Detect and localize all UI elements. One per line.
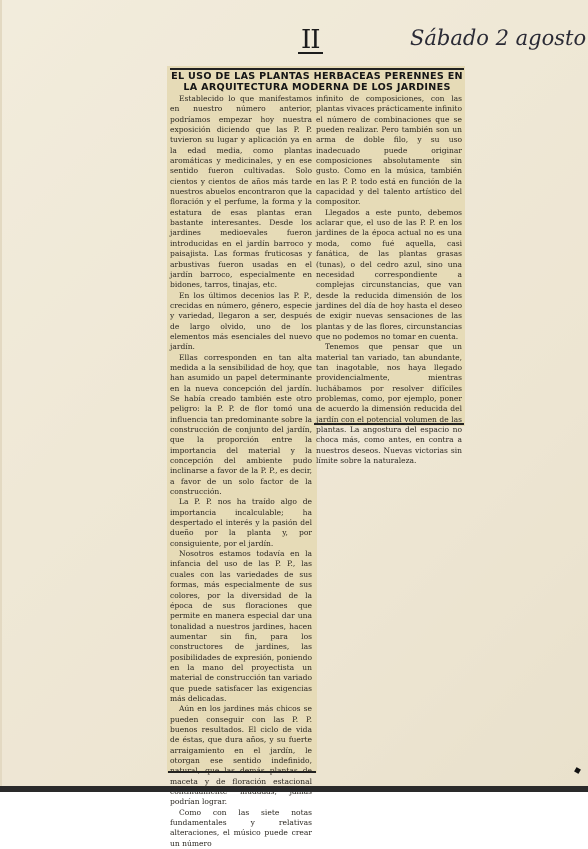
- paragraph: infinito de composiciones, con las plant…: [316, 94, 462, 208]
- paragraph: Tenemos que pensar que un material tan v…: [316, 342, 462, 466]
- headline-line-2: LA ARQUITECTURA MODERNA DE LOS JARDINES: [170, 82, 464, 93]
- article-headline: EL USO DE LAS PLANTAS HERBACEAS PERENNES…: [170, 71, 464, 93]
- headline-line-1: EL USO DE LAS PLANTAS HERBACEAS PERENNES…: [170, 71, 464, 82]
- paragraph: Llegados a este punto, debemos aclarar q…: [316, 208, 462, 342]
- clipping-top-rule: [170, 68, 464, 70]
- scanned-page: II Sábado 2 agosto EL USO DE LAS PLANTAS…: [0, 0, 588, 786]
- article-column-1: Establecido lo que manifestamos en nuest…: [170, 94, 312, 792]
- article-column-2: infinito de composiciones, con las plant…: [316, 94, 462, 466]
- ink-speck: [574, 767, 581, 774]
- paragraph: En los últimos decenios las P. P., creci…: [170, 291, 312, 353]
- roman-numeral-annotation: II: [298, 28, 323, 54]
- paragraph: Nosotros estamos todavía en la infancia …: [170, 549, 312, 704]
- paragraph: Aún en los jardines más chicos se pueden…: [170, 704, 312, 792]
- paragraph: La P. P. nos ha traído algo de importanc…: [170, 497, 312, 549]
- page-bottom-edge: [0, 786, 588, 792]
- handwritten-date: Sábado 2 agosto: [410, 26, 586, 50]
- paragraph: Ellas corresponden en tan alta medida a …: [170, 353, 312, 498]
- paragraph: Establecido lo que manifestamos en nuest…: [170, 94, 312, 291]
